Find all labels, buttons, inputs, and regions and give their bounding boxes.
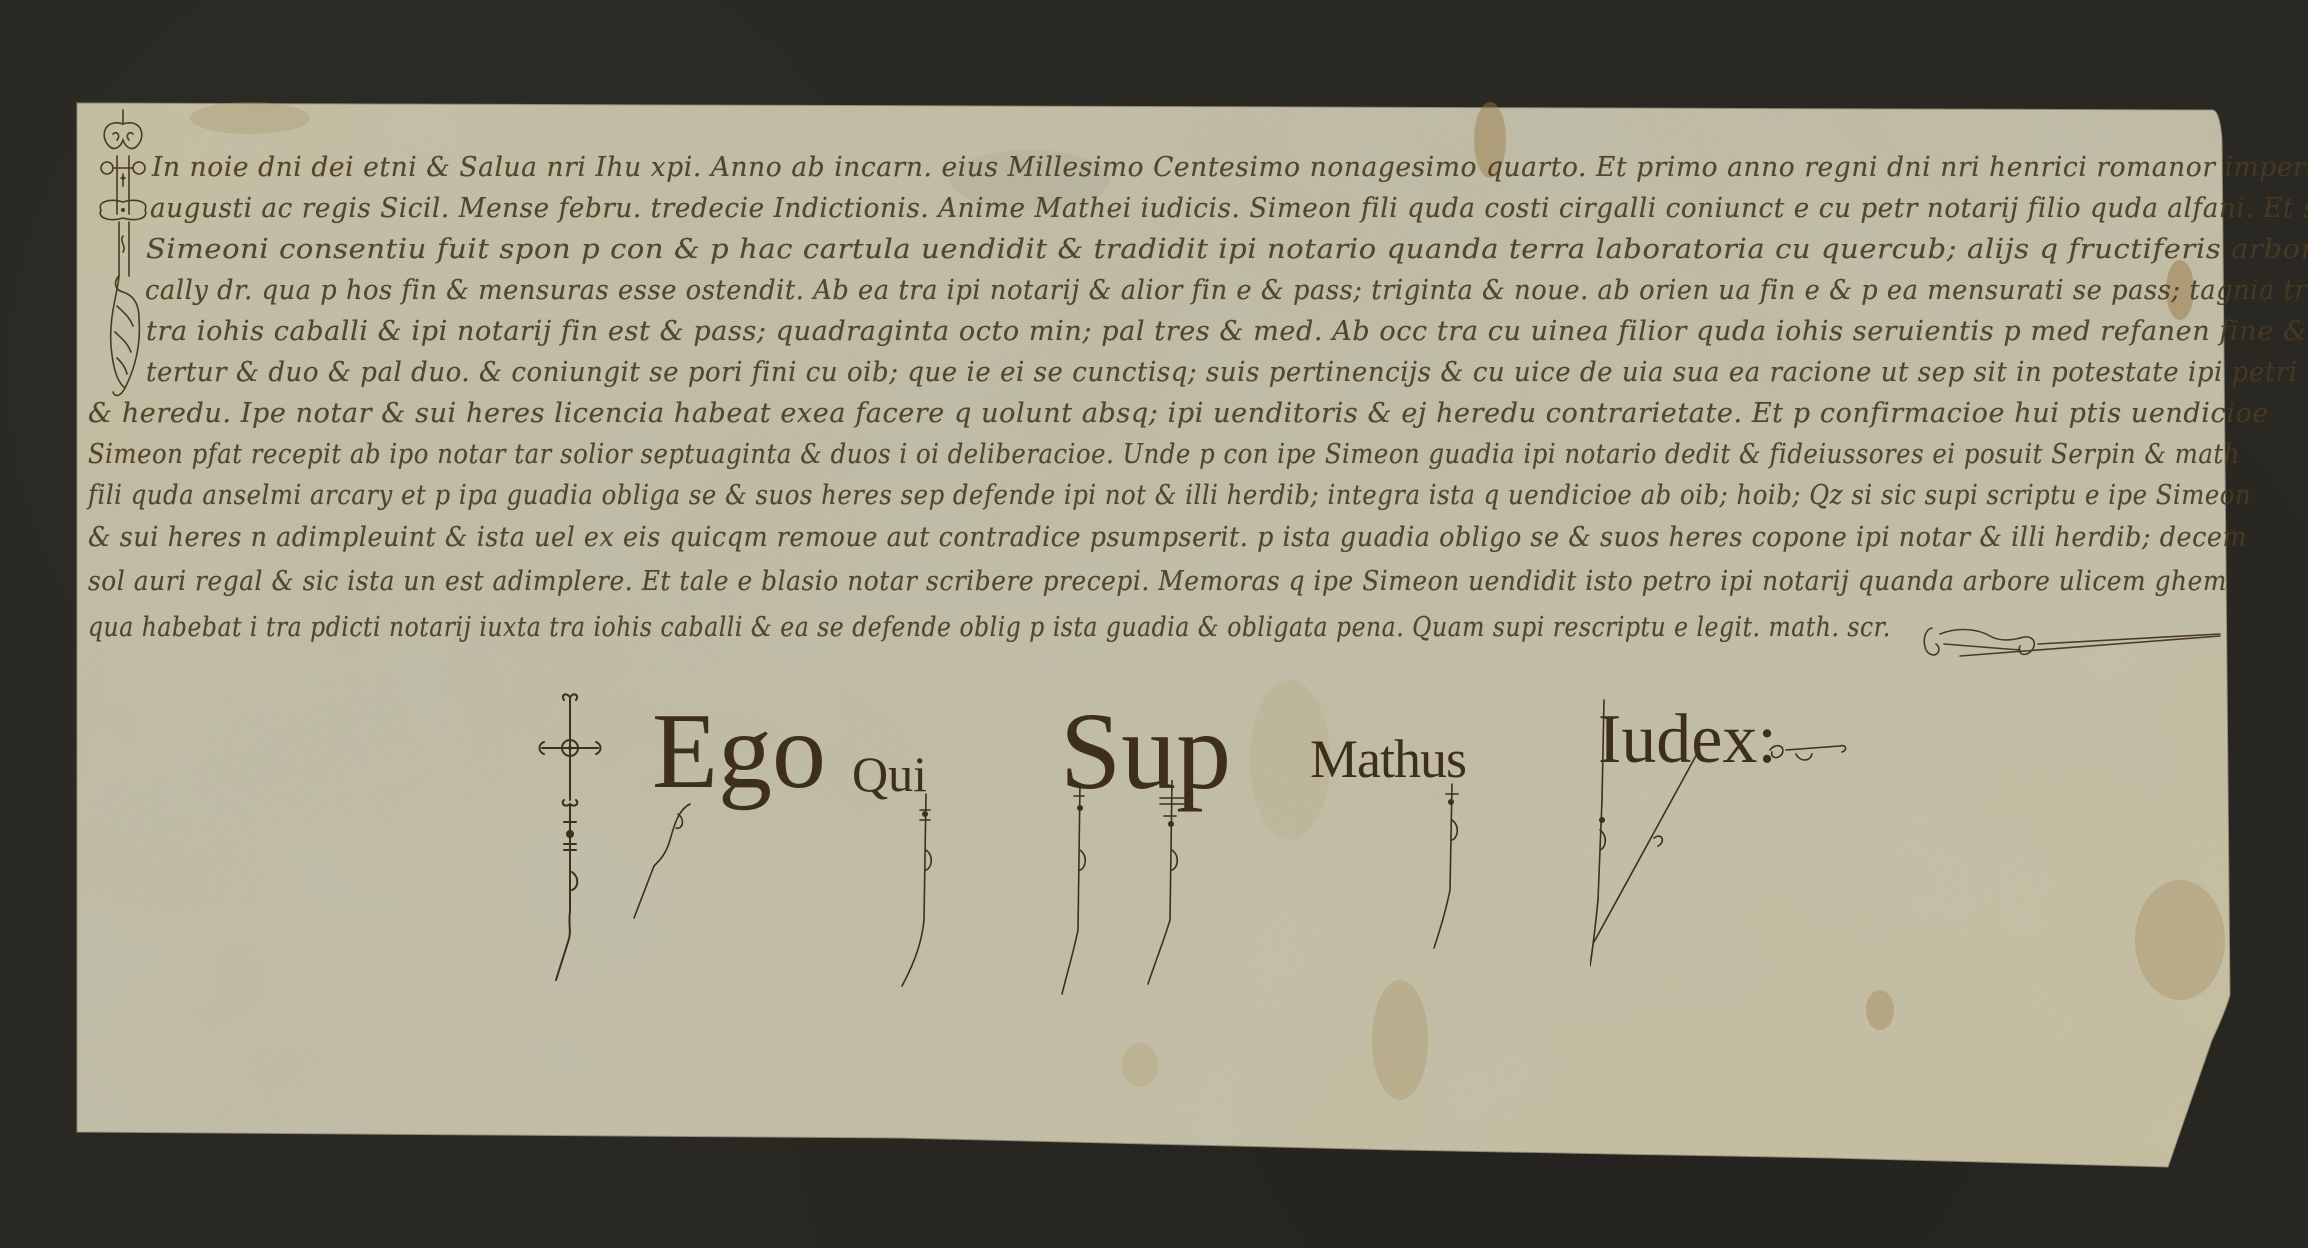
text-line-12: qua habebat i tra pdicti notarij iuxta t… (88, 614, 1891, 641)
qui-descender-flourish-icon (890, 790, 940, 990)
text-line-9: fili quda anselmi arcary et p ipa guadia… (88, 482, 2251, 509)
sup-descender-flourishes-icon (1060, 780, 1200, 1000)
text-line-6: tertur & duo & pal duo. & coniungit se p… (146, 359, 2308, 386)
text-line-5: tra iohis caballi & ipi notarij fin est … (146, 318, 2308, 345)
signature-ego: Ego (652, 690, 826, 814)
iudex-flourishes-icon (1590, 680, 1850, 970)
text-line-11: sol auri regal & sic ista un est adimple… (88, 568, 2227, 595)
text-line-3: Simeoni consentiu fuit spon p con & p ha… (146, 236, 2308, 263)
text-line-10: & sui heres n adimpleuint & ista uel ex … (88, 524, 2247, 551)
text-line-2: augusti ac regis Sicil. Mense febru. tre… (150, 195, 2308, 222)
text-line-8: Simeon pfat recepit ab ipo notar tar sol… (88, 441, 2240, 468)
mathus-descender-flourish-icon (1430, 780, 1470, 950)
cross-symbol-icon (538, 692, 602, 982)
closing-flourish-icon (1920, 620, 2230, 670)
text-line-7: & heredu. Ipe notar & sui heres licencia… (88, 400, 2269, 427)
ego-descender-flourish-icon (630, 800, 710, 920)
text-line-1: In noie dni dei etni & Salua nri Ihu xpi… (152, 154, 2308, 181)
text-line-4: cally dr. qua p hos fin & mensuras esse … (145, 277, 2308, 304)
